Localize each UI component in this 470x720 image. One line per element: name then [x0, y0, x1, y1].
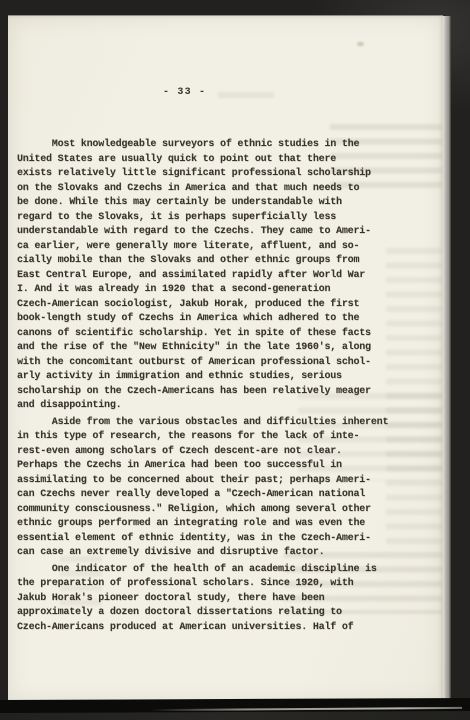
paragraph-2: Aside from the various obstacles and dif… [17, 416, 437, 561]
page-right-edge [443, 16, 451, 702]
scanned-book-view: - 33 - Most knowledgeable surveyors of e… [0, 0, 470, 720]
ink-smudge [357, 42, 364, 46]
page-text: Most knowledgeable surveyors of ethnic s… [17, 138, 437, 635]
book-bottom-shadow [0, 698, 470, 713]
book-page: - 33 - Most knowledgeable surveyors of e… [8, 15, 443, 703]
paragraph-3: One indicator of the health of an academ… [17, 563, 437, 636]
bleed-through-text [218, 92, 274, 101]
page-number: - 33 - [163, 86, 206, 101]
paragraph-1: Most knowledgeable surveyors of ethnic s… [17, 138, 437, 414]
